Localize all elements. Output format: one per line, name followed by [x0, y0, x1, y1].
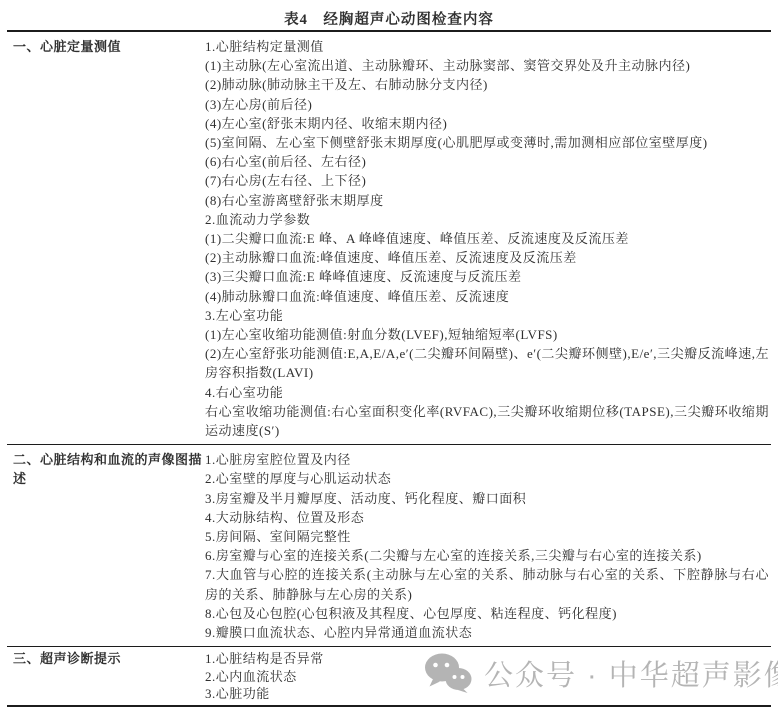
table-item: (4)肺动脉瓣口血流:峰值速度、峰值压差、反流速度 [205, 287, 769, 306]
table-item: (1)左心室收缩功能测值:射血分数(LVEF),短轴缩短率(LVFS) [205, 325, 769, 344]
table-row-quantitative: 一、心脏定量测值 1.心脏结构定量测值(1)主动脉(左心室流出道、主动脉瓣环、主… [7, 32, 771, 444]
table-item: 6.房室瓣与心室的连接关系(二尖瓣与左心室的连接关系,三尖瓣与右心室的连接关系) [205, 546, 769, 565]
table-row-structure-description: 二、心脏结构和血流的声像图描述 1.心脏房室腔位置及内径2.心室壁的厚度与心肌运… [7, 444, 771, 646]
table-row-diagnosis-hint: 三、超声诊断提示 1.心脏结构是否异常2.心内血流状态3.心脏功能 [7, 646, 771, 705]
table-item: 1.心脏结构是否异常 [205, 650, 769, 668]
table-item: (2)左心室舒张功能测值:E,A,E/A,e′(二尖瓣环间隔壁)、e′(二尖瓣环… [205, 344, 769, 382]
table-item: 3.房室瓣及半月瓣厚度、活动度、钙化程度、瓣口面积 [205, 489, 769, 508]
table-item: 2.血流动力学参数 [205, 210, 769, 229]
section-label: 一、心脏定量测值 [7, 37, 205, 440]
table-item: (4)左心室(舒张末期内径、收缩末期内径) [205, 114, 769, 133]
table-item: (7)右心房(左右径、上下径) [205, 171, 769, 190]
table-item: (3)三尖瓣口血流:E 峰峰值速度、反流速度与反流压差 [205, 267, 769, 286]
table-item: 1.心脏结构定量测值 [205, 37, 769, 56]
table-item: 2.心室壁的厚度与心肌运动状态 [205, 469, 769, 488]
table-item: (2)肺动脉(肺动脉主干及左、右肺动脉分支内径) [205, 75, 769, 94]
table-item: 1.心脏房室腔位置及内径 [205, 450, 769, 469]
table-item: (5)室间隔、左心室下侧壁舒张末期厚度(心肌肥厚或变薄时,需加测相应部位室壁厚度… [205, 133, 769, 152]
exam-content-table: 一、心脏定量测值 1.心脏结构定量测值(1)主动脉(左心室流出道、主动脉瓣环、主… [7, 30, 771, 707]
table-item: 9.瓣膜口血流状态、心腔内异常通道血流状态 [205, 623, 769, 642]
document-page: 表4 经胸超声心动图检查内容 一、心脏定量测值 1.心脏结构定量测值(1)主动脉… [0, 0, 778, 707]
section-label: 二、心脏结构和血流的声像图描述 [7, 450, 205, 642]
section-items: 1.心脏结构是否异常2.心内血流状态3.心脏功能 [205, 650, 771, 703]
table-item: (1)二尖瓣口血流:E 峰、A 峰峰值速度、峰值压差、反流速度及反流压差 [205, 229, 769, 248]
table-item: (6)右心室(前后径、左右径) [205, 152, 769, 171]
table-item: 3.左心室功能 [205, 306, 769, 325]
table-item: 8.心包及心包腔(心包积液及其程度、心包厚度、粘连程度、钙化程度) [205, 604, 769, 623]
section-items: 1.心脏结构定量测值(1)主动脉(左心室流出道、主动脉瓣环、主动脉窦部、窦管交界… [205, 37, 771, 440]
section-label: 三、超声诊断提示 [7, 650, 205, 703]
table-item: (3)左心房(前后径) [205, 95, 769, 114]
table-item: (1)主动脉(左心室流出道、主动脉瓣环、主动脉窦部、窦管交界处及升主动脉内径) [205, 56, 769, 75]
table-item: 2.心内血流状态 [205, 668, 769, 686]
table-item: (8)右心室游离壁舒张末期厚度 [205, 191, 769, 210]
table-item: 3.心脏功能 [205, 685, 769, 703]
table-title: 表4 经胸超声心动图检查内容 [0, 0, 778, 30]
table-item: (2)主动脉瓣口血流:峰值速度、峰值压差、反流速度及反流压差 [205, 248, 769, 267]
section-items: 1.心脏房室腔位置及内径2.心室壁的厚度与心肌运动状态3.房室瓣及半月瓣厚度、活… [205, 450, 771, 642]
table-item: 7.大血管与心腔的连接关系(主动脉与左心室的关系、肺动脉与右心室的关系、下腔静脉… [205, 565, 769, 603]
table-item: 右心室收缩功能测值:右心室面积变化率(RVFAC),三尖瓣环收缩期位移(TAPS… [205, 402, 769, 440]
table-item: 5.房间隔、室间隔完整性 [205, 527, 769, 546]
table-item: 4.大动脉结构、位置及形态 [205, 508, 769, 527]
table-item: 4.右心室功能 [205, 383, 769, 402]
